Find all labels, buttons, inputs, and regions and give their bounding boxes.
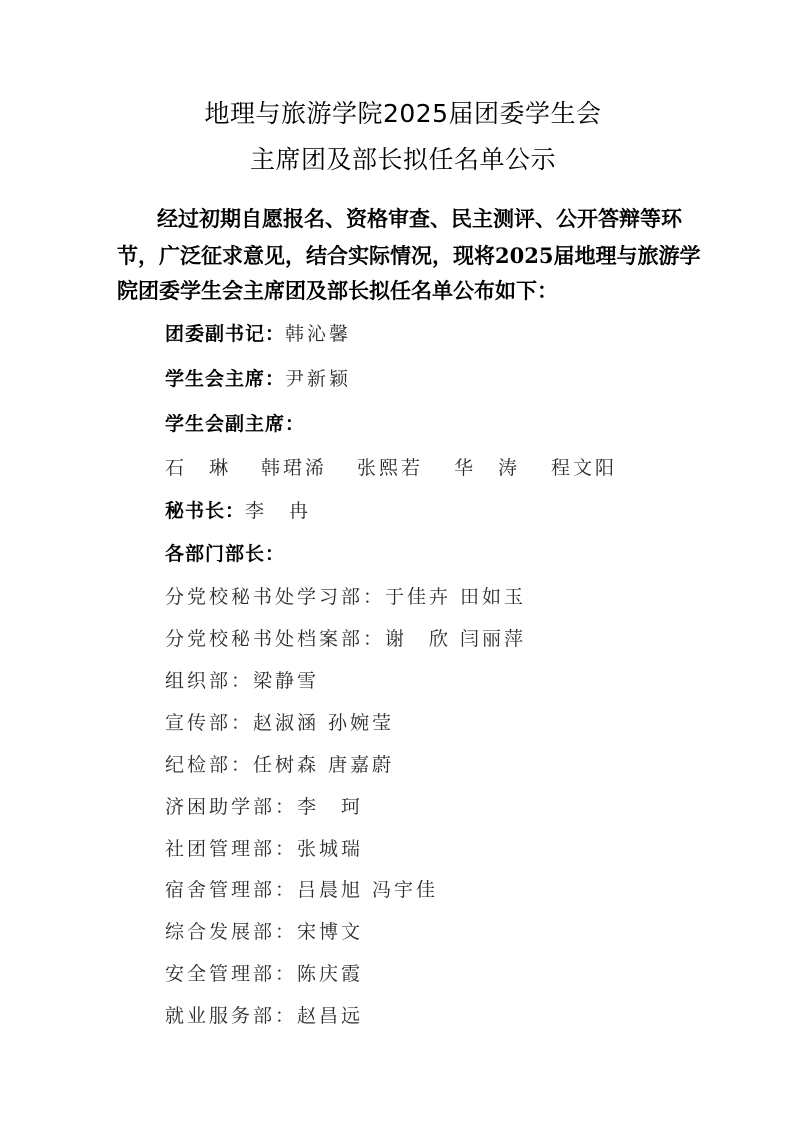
deputy-secretary-label: 团委副书记： bbox=[165, 323, 285, 345]
vice-president-name: 程文阳 bbox=[551, 456, 617, 480]
secretary-general-row: 秘书长：李 冉 bbox=[165, 499, 311, 524]
department-heads: 张城瑞 bbox=[297, 838, 363, 860]
department-heads: 任树森 唐嘉蔚 bbox=[253, 754, 394, 776]
document-title-line-1: 地理与旅游学院2025届团委学生会 bbox=[0, 94, 806, 130]
president-name: 尹新颖 bbox=[285, 368, 351, 390]
vice-president-name: 石 琳 bbox=[165, 456, 231, 480]
department-row: 综合发展部：宋博文 bbox=[165, 920, 363, 945]
vice-president-name: 韩珺浠 bbox=[261, 456, 327, 480]
department-row: 社团管理部：张城瑞 bbox=[165, 837, 363, 862]
vice-president-name: 张熙若 bbox=[357, 456, 423, 480]
department-heads: 陈庆霞 bbox=[297, 963, 363, 985]
department-heads: 赵昌远 bbox=[297, 1005, 363, 1027]
department-label: 就业服务部： bbox=[165, 1005, 297, 1027]
president-row: 学生会主席：尹新颖 bbox=[165, 367, 351, 392]
department-label: 宣传部： bbox=[165, 712, 253, 734]
department-row: 宣传部：赵淑涵 孙婉莹 bbox=[165, 711, 394, 736]
department-row: 分党校秘书处学习部：于佳卉 田如玉 bbox=[165, 585, 526, 610]
department-heads: 李 珂 bbox=[297, 796, 363, 818]
intro-line-3: 院团委学生会主席团及部长拟任名单公布如下： bbox=[117, 275, 558, 305]
secretary-general-label: 秘书长： bbox=[165, 500, 245, 522]
intro-line-1: 经过初期自愿报名、资格审查、民主测评、公开答辩等环 bbox=[157, 203, 682, 233]
president-label: 学生会主席： bbox=[165, 368, 285, 390]
document-page: 地理与旅游学院2025届团委学生会 主席团及部长拟任名单公示 经过初期自愿报名、… bbox=[0, 0, 806, 1136]
department-label: 分党校秘书处档案部： bbox=[165, 628, 385, 650]
department-label: 分党校秘书处学习部： bbox=[165, 586, 385, 608]
department-label: 组织部： bbox=[165, 670, 253, 692]
intro-line-2: 节，广泛征求意见，结合实际情况，现将2025届地理与旅游学 bbox=[117, 240, 700, 270]
secretary-general-name: 李 冉 bbox=[245, 500, 311, 522]
department-heads: 吕晨旭 冯宇佳 bbox=[297, 879, 438, 901]
department-heads: 谢 欣 闫丽萍 bbox=[385, 628, 526, 650]
departments-heading-row: 各部门部长： bbox=[165, 542, 285, 567]
vice-president-name: 华 涛 bbox=[454, 456, 520, 480]
department-label: 济困助学部： bbox=[165, 796, 297, 818]
vice-presidents-label: 学生会副主席： bbox=[165, 413, 305, 435]
department-label: 综合发展部： bbox=[165, 921, 297, 943]
department-heads: 于佳卉 田如玉 bbox=[385, 586, 526, 608]
department-row: 安全管理部：陈庆霞 bbox=[165, 962, 363, 987]
department-row: 纪检部：任树森 唐嘉蔚 bbox=[165, 753, 394, 778]
department-label: 安全管理部： bbox=[165, 963, 297, 985]
department-heads: 梁静雪 bbox=[253, 670, 319, 692]
departments-heading: 各部门部长： bbox=[165, 543, 285, 565]
vice-presidents-row: 学生会副主席： bbox=[165, 412, 305, 437]
department-row: 就业服务部：赵昌远 bbox=[165, 1004, 363, 1029]
deputy-secretary-row: 团委副书记：韩沁馨 bbox=[165, 322, 351, 347]
department-row: 分党校秘书处档案部：谢 欣 闫丽萍 bbox=[165, 627, 526, 652]
document-title-line-2: 主席团及部长拟任名单公示 bbox=[0, 140, 806, 176]
department-row: 宿舍管理部：吕晨旭 冯宇佳 bbox=[165, 878, 438, 903]
department-heads: 宋博文 bbox=[297, 921, 363, 943]
deputy-secretary-name: 韩沁馨 bbox=[285, 323, 351, 345]
department-label: 纪检部： bbox=[165, 754, 253, 776]
department-label: 宿舍管理部： bbox=[165, 879, 297, 901]
department-row: 济困助学部：李 珂 bbox=[165, 795, 363, 820]
department-heads: 赵淑涵 孙婉莹 bbox=[253, 712, 394, 734]
department-row: 组织部：梁静雪 bbox=[165, 669, 319, 694]
department-label: 社团管理部： bbox=[165, 838, 297, 860]
